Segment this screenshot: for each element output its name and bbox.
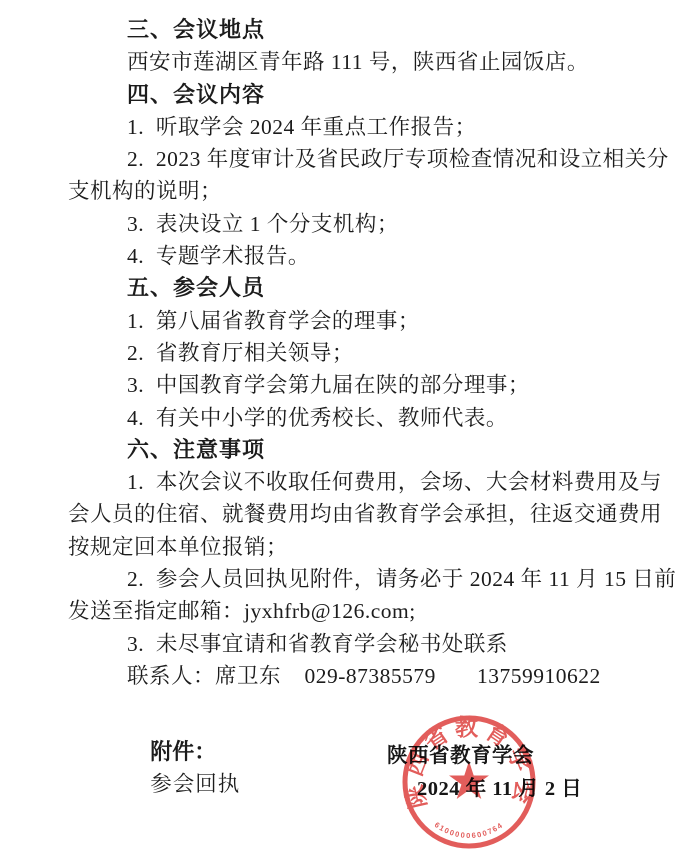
participant-item-4: 4. 有关中小学的优秀校长、教师代表。 (68, 402, 668, 434)
note-item-2-email-line: 发送至指定邮箱：jyxhfrb@126.com; (68, 595, 668, 627)
participant-item-3: 3. 中国教育学会第九届在陕的部分理事； (68, 369, 668, 401)
note-item-1-continued: 会人员的住宿、就餐费用均由省教育学会承担，往返交通费用 (68, 498, 668, 530)
note-item-3: 3. 未尽事宜请和省教育学会秘书处联系 (68, 628, 668, 660)
participant-item-1: 1. 第八届省教育学会的理事； (68, 305, 668, 337)
document-body: 三、会议地点 西安市莲湖区青年路 111 号，陕西省止园饭店。 四、会议内容 1… (68, 14, 668, 736)
attachment-label: 附件： (150, 739, 216, 764)
agenda-item-1: 1. 听取学会 2024 年重点工作报告； (68, 111, 668, 143)
agenda-item-2-continued: 支机构的说明； (68, 175, 668, 207)
section-heading-venue: 三、会议地点 (68, 14, 668, 46)
note-item-2: 2. 参会人员回执见附件，请务必于 2024 年 11 月 15 日前 (68, 563, 668, 595)
agenda-item-2: 2. 2023 年度审计及省民政厅专项检查情况和设立相关分 (68, 143, 668, 175)
contact-line: 联系人：席卫东 029-87385579 13759910622 (68, 660, 668, 692)
section-heading-participants: 五、参会人员 (68, 272, 668, 304)
venue-line: 西安市莲湖区青年路 111 号，陕西省止园饭店。 (68, 46, 668, 78)
section-heading-notes: 六、注意事项 (68, 434, 668, 466)
attachment-value: 参会回执 (150, 772, 240, 796)
document-page: 三、会议地点 西安市莲湖区青年路 111 号，陕西省止园饭店。 四、会议内容 1… (0, 0, 690, 849)
svg-text:6100000600764: 6100000600764 (433, 820, 505, 840)
note-item-1-continued-2: 按规定回本单位报销； (68, 531, 668, 563)
attachment-row: 附件： 参会回执 (68, 703, 668, 735)
participant-item-2: 2. 省教育厅相关领导； (68, 337, 668, 369)
seal-serial-number: 6100000600764 (433, 820, 505, 840)
section-heading-agenda: 四、会议内容 (68, 79, 668, 111)
agenda-item-3: 3. 表决设立 1 个分支机构； (68, 208, 668, 240)
seal-star-icon (449, 761, 489, 799)
note-item-1: 1. 本次会议不收取任何费用，会场、大会材料费用及与 (68, 466, 668, 498)
agenda-item-4: 4. 专题学术报告。 (68, 240, 668, 272)
official-seal: 陕西省教育学会 6100000600764 (398, 711, 540, 849)
